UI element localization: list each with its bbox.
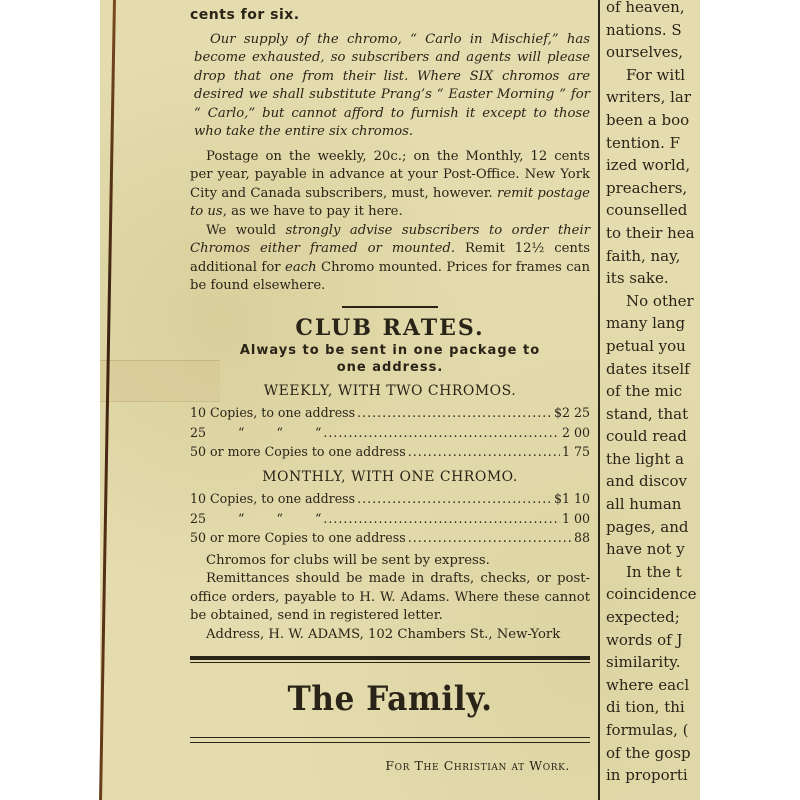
family-section-title: The Family. [206, 671, 574, 727]
column-rule [598, 0, 600, 800]
text-line: tention. F [606, 132, 700, 155]
text-line: No other [606, 290, 700, 313]
text-line: of the gosp [606, 742, 700, 765]
text-line: been a boo [606, 109, 700, 132]
text-line: where eacl [606, 674, 700, 697]
chromo-supply-notice: Our supply of the chromo, “ Carlo in Mis… [190, 31, 590, 142]
text-line: nations. S [606, 19, 700, 42]
text-line: its sake. [606, 267, 700, 290]
title-rule-top [190, 737, 590, 738]
text-line: ized world, [606, 154, 700, 177]
text-line: ourselves, [606, 41, 700, 64]
text-line: di tion, thi [606, 696, 700, 719]
right-column: of heaven,nations. Sourselves,For witlwr… [606, 0, 700, 787]
monthly-rate-table: 10 Copies, to one address$1 10 25 “ “ “1… [190, 489, 590, 548]
weekly-rate-table: 10 Copies, to one address$2 25 25 “ “ “2… [190, 403, 590, 462]
title-rule-bottom [190, 742, 590, 743]
cents-for-six: cents for six. [190, 6, 590, 25]
text-line: words of J [606, 629, 700, 652]
text-line: have not y [606, 538, 700, 561]
text-line: all human [606, 493, 700, 516]
monthly-heading: MONTHLY, WITH ONE CHROMO. [190, 468, 590, 487]
express-note: Chromos for clubs will be sent by expres… [190, 552, 590, 571]
postage-paragraph: Postage on the weekly, 20c.; on the Mont… [190, 148, 590, 222]
text-line: writers, lar [606, 86, 700, 109]
remittance-note: Remittances should be made in drafts, ch… [190, 570, 590, 626]
advice-paragraph: We would strongly advise subscribers to … [190, 222, 590, 296]
text-line: petual you [606, 335, 700, 358]
text-line: formulas, ( [606, 719, 700, 742]
rate-row: 25 “ “ “2 00 [190, 423, 590, 443]
section-divider [342, 306, 438, 308]
address-note: Address, H. W. ADAMS, 102 Chambers St., … [190, 626, 590, 645]
text-line: and discov [606, 470, 700, 493]
club-rates-title: CLUB RATES. [190, 314, 590, 342]
text-line: preachers, [606, 177, 700, 200]
text-line: dates itself [606, 358, 700, 381]
rate-row: 50 or more Copies to one address88 [190, 528, 590, 548]
byline: For The Christian at Work. [190, 757, 570, 776]
section-thick-rule [190, 656, 590, 660]
left-column: cents for six. Our supply of the chromo,… [190, 0, 590, 776]
text-line: the light a [606, 448, 700, 471]
text-line: counselled [606, 199, 700, 222]
text-line: expected; [606, 606, 700, 629]
text-line: coincidence [606, 583, 700, 606]
text-line: in proporti [606, 764, 700, 787]
text-line: faith, nay, [606, 245, 700, 268]
text-line: many lang [606, 312, 700, 335]
text-line: could read [606, 425, 700, 448]
section-thin-rule [190, 662, 590, 663]
rate-row: 50 or more Copies to one address1 75 [190, 442, 590, 462]
text-line: pages, and [606, 516, 700, 539]
text-line: of the mic [606, 380, 700, 403]
club-rates-subtitle: Always to be sent in one package to one … [190, 342, 590, 376]
text-line: to their hea [606, 222, 700, 245]
text-line: In the t [606, 561, 700, 584]
rate-row: 25 “ “ “1 00 [190, 509, 590, 529]
rate-row: 10 Copies, to one address$2 25 [190, 403, 590, 423]
rate-row: 10 Copies, to one address$1 10 [190, 489, 590, 509]
text-line: of heaven, [606, 0, 700, 19]
text-line: stand, that [606, 403, 700, 426]
text-line: For witl [606, 64, 700, 87]
text-line: similarity. [606, 651, 700, 674]
weekly-heading: WEEKLY, WITH TWO CHROMOS. [190, 382, 590, 401]
